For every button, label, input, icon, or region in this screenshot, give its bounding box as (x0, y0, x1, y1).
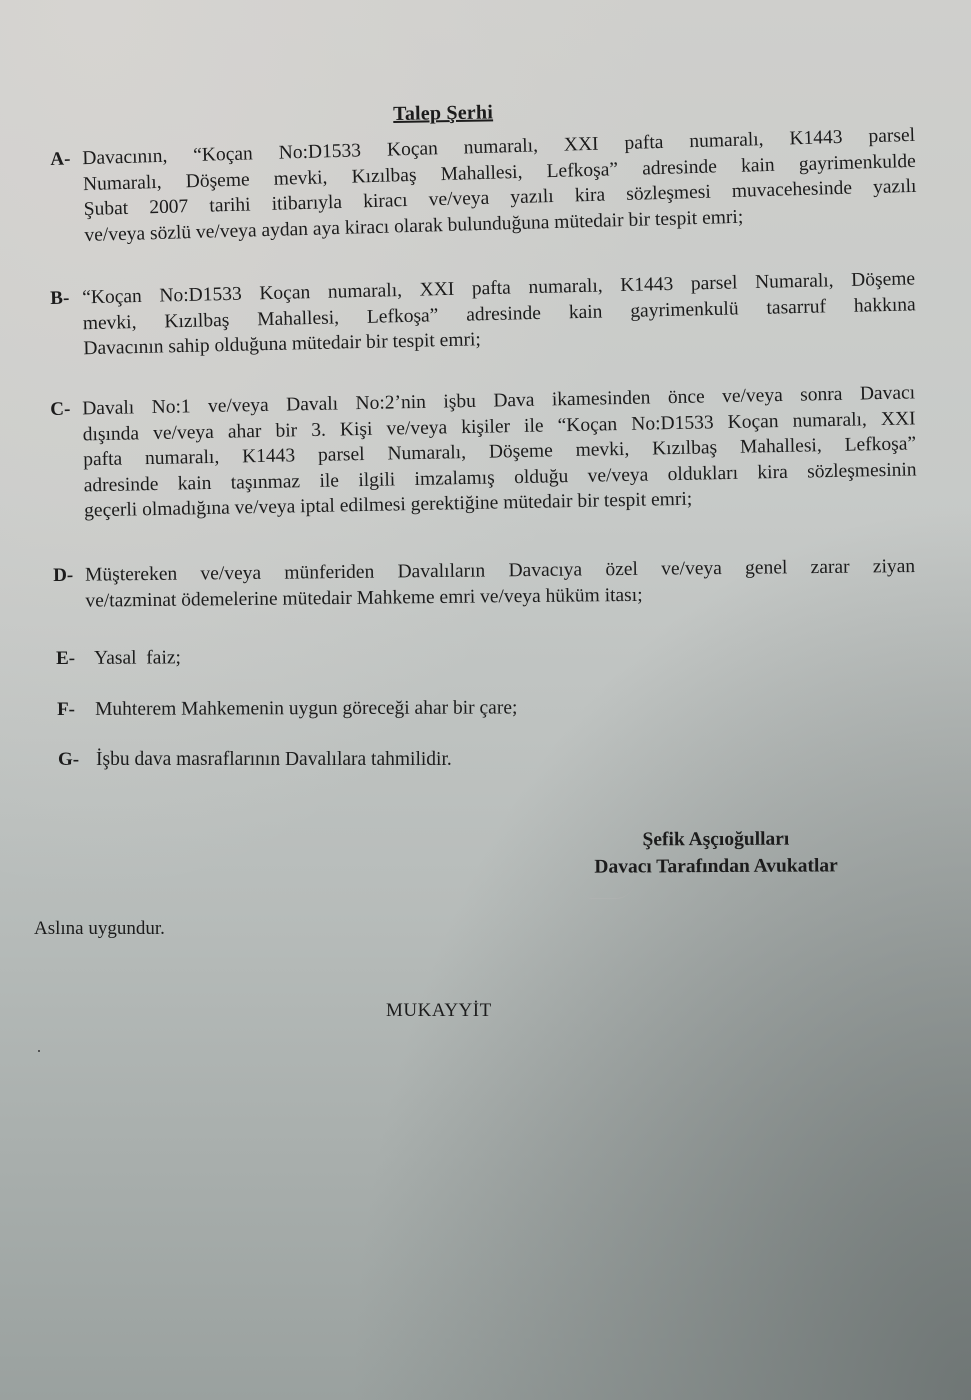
document-page: Talep Şerhi A- Davacının, “Koçan No:D153… (0, 0, 971, 1400)
signature-mark (585, 880, 635, 899)
registrar-label: MUKAYYİT (386, 1000, 492, 1022)
certification-note: Aslına uygundur. (34, 918, 165, 940)
request-item-f: F- Muhterem Mahkemenin uygun göreceği ah… (57, 695, 657, 723)
request-item-b: B- “Koçan No:D1533 Koçan numaralı, XXI p… (50, 266, 917, 362)
request-item-c: C- Davalı No:1 ve/veya Davalı No:2’nin i… (50, 380, 917, 524)
item-text: Muhterem Mahkemenin uygun göreceği ahar … (95, 695, 657, 722)
paper-speck (38, 1050, 40, 1052)
request-item-d: D- Müştereken ve/veya münferiden Davalıl… (53, 554, 915, 614)
item-text: Davacının, “Koçan No:D1533 Koçan numaral… (82, 123, 918, 248)
signatory-name: Şefik Aşçıoğulları (566, 825, 866, 854)
request-item-a: A- Davacının, “Koçan No:D1533 Koçan numa… (50, 123, 918, 249)
item-text: “Koçan No:D1533 Koçan numaralı, XXI paft… (82, 266, 917, 361)
signature-block: Şefik Aşçıoğulları Davacı Tarafından Avu… (566, 825, 866, 881)
request-item-e: E- Yasal faiz; (56, 644, 456, 672)
item-label: C- (50, 397, 71, 423)
request-item-g: G- İşbu dava masraflarının Davalılara ta… (58, 747, 658, 773)
item-label: G- (58, 747, 79, 773)
item-line: Muhterem Mahkemenin uygun göreceği ahar … (95, 695, 657, 722)
item-text: Davalı No:1 ve/veya Davalı No:2’nin işbu… (82, 380, 917, 523)
item-label: E- (56, 646, 75, 672)
item-text: Müştereken ve/veya münferiden Davalıları… (85, 554, 915, 614)
item-line: Yasal faiz; (94, 644, 456, 671)
item-text: İşbu dava masraflarının Davalılara tahmi… (96, 747, 658, 773)
item-label: A- (50, 146, 71, 172)
signatory-role: Davacı Tarafından Avukatlar (566, 852, 866, 881)
item-label: D- (53, 563, 73, 589)
item-label: F- (57, 697, 75, 723)
item-label: B- (50, 286, 70, 312)
document-title: Talep Şerhi (393, 101, 493, 126)
item-text: Yasal faiz; (94, 644, 456, 671)
item-line: İşbu dava masraflarının Davalılara tahmi… (96, 747, 658, 773)
